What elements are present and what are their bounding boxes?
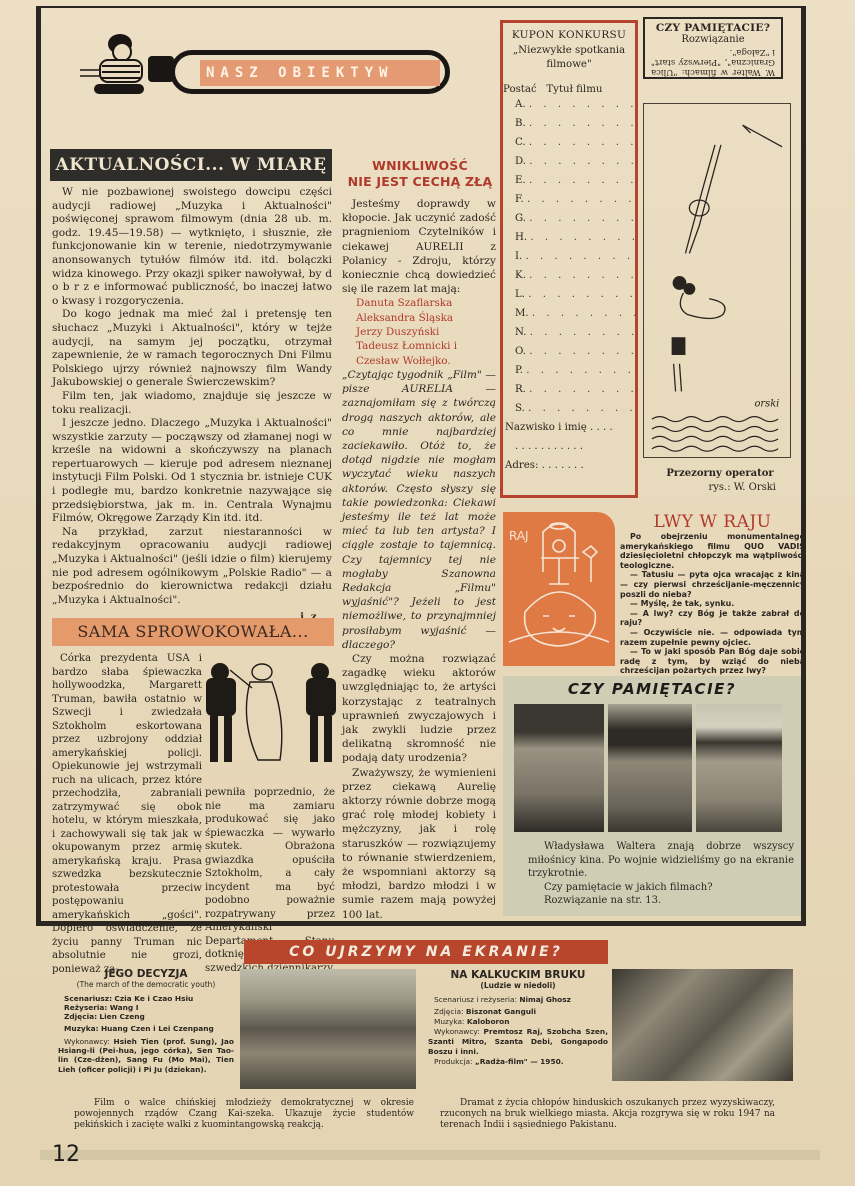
logo-text: NASZ OBIEKTYW — [200, 60, 440, 86]
coupon-subtitle: „Niezwykłe spotkania filmowe" — [503, 44, 635, 72]
coupon-name-dots[interactable]: . . . . . . . . . . . — [503, 437, 635, 456]
paradise-illustration: RAJ — [503, 512, 615, 666]
sama-title: SAMA SPROWOKOWAŁA... — [52, 618, 334, 646]
coupon-entry-row[interactable]: E. . . . . . . . . — [503, 171, 635, 190]
actor-name: Aleksandra Śląska — [356, 311, 496, 325]
diver-cartoon: orski — [643, 103, 791, 458]
wnikliwosc-article: Jesteśmy doprawdy w kłopocie. Jak uczyni… — [342, 197, 496, 922]
saint-peter-lion-icon: RAJ — [503, 512, 615, 666]
cartoon-credit: rys.: W. Orski — [640, 482, 800, 493]
article-paragraph: Jesteśmy doprawdy w kłopocie. Jak uczyni… — [342, 197, 496, 296]
coupon-entry-row[interactable]: G. . . . . . . . . — [503, 209, 635, 228]
coupon-entry-row[interactable]: R. . . . . . . . . — [503, 380, 635, 399]
film-title: NA KALKUCKIM BRUKU — [428, 970, 608, 980]
rozwiazanie-subtitle: Rozwiązanie — [645, 34, 781, 45]
coupon-title: KUPON KONKURSU — [503, 29, 635, 41]
coupon-entry-row[interactable]: M. . . . . . . . . — [503, 304, 635, 323]
film-entry-jego-decyzja: JEGO DECYZJA (The march of the democrati… — [58, 970, 234, 1074]
coupon-entry-row[interactable]: A. . . . . . . . . — [503, 95, 635, 114]
reader-letter: „Czytając tygodnik „Film" — pisze AURELI… — [342, 368, 496, 652]
actor-name: Tadeusz Łomnicki i — [356, 339, 496, 353]
rozwiazanie-title: CZY PAMIĘTACIE? — [645, 22, 781, 34]
coupon-entry-row[interactable]: L. . . . . . . . . — [503, 285, 635, 304]
film-credit: Scenariusz i reżyseria: Nimaj Ghosz — [428, 995, 608, 1005]
lwy-title: LWY W RAJU — [620, 512, 805, 532]
film-subtitle: (Ludzie w niedoli) — [428, 981, 608, 991]
film-credit: Scenariusz: Czia Ke i Czao Hsiu — [58, 994, 234, 1003]
sama-column-a: Córka prezydenta USA i bardzo słaba śpie… — [52, 652, 202, 976]
film-description: Dramat z życia chłopów hinduskich oszuka… — [440, 1098, 775, 1131]
rozwiazanie-box: CZY PAMIĘTACIE? Rozwiązanie W. Walter w … — [643, 17, 783, 79]
film-subtitle: (The march of the democratic youth) — [58, 980, 234, 989]
article-paragraph: Czy można rozwiązać zagadkę wieku aktoró… — [342, 652, 496, 766]
film-title: JEGO DECYZJA — [58, 970, 234, 979]
nasz-obiektyw-logo: NASZ OBIEKTYW — [70, 30, 450, 100]
article-paragraph: Na przykład, zarzut niestaranności w red… — [52, 526, 332, 608]
article-paragraph: W nie pozbawionej swoistego dowcipu częś… — [52, 186, 332, 308]
actor-list: Danuta Szaflarska Aleksandra Śląska Jerz… — [342, 296, 496, 367]
coupon-entry-row[interactable]: H. . . . . . . . . — [503, 228, 635, 247]
cameraman-icon — [80, 30, 150, 100]
upside-down-answer: W. Walter w filmach: "Ulica Graniczna", … — [645, 47, 781, 77]
coupon-header: Postać Tytuł filmu — [503, 84, 635, 95]
coupon-rows: A. . . . . . . . .B. . . . . . . . .C. .… — [503, 95, 635, 418]
aktualnosci-article: W nie pozbawionej swoistego dowcipu częś… — [52, 186, 332, 625]
film-still-na-kalkuckim-bruku — [612, 969, 793, 1081]
article-paragraph: Do kogo jednak ma mieć żal i pretensję t… — [52, 308, 332, 390]
film-credit: Reżyseria: Wang I — [58, 1003, 234, 1012]
coupon-entry-row[interactable]: N. . . . . . . . . — [503, 323, 635, 342]
cartoon-caption: Przezorny operator — [640, 468, 800, 479]
singer-police-cartoon — [200, 650, 340, 780]
coupon-entry-row[interactable]: O. . . . . . . . . — [503, 342, 635, 361]
aktualnosci-title: AKTUALNOŚCI... W MIARĘ — [50, 149, 332, 181]
coupon-entry-row[interactable]: F. . . . . . . . . — [503, 190, 635, 209]
actor-name: Czesław Wołłejko. — [356, 354, 496, 368]
coupon-entry-row[interactable]: K. . . . . . . . . — [503, 266, 635, 285]
film-credit: Wykonawcy: Premtosz Raj, Szobcha Szen, S… — [428, 1027, 608, 1057]
contest-coupon[interactable]: KUPON KONKURSU „Niezwykłe spotkania film… — [500, 20, 638, 498]
coupon-entry-row[interactable]: S. . . . . . . . . — [503, 399, 635, 418]
article-paragraph: Film ten, jak wiadomo, znajduje się jesz… — [52, 390, 332, 417]
print-smudge — [40, 1150, 820, 1160]
coupon-address-field[interactable]: Adres: . . . . . . . — [503, 456, 635, 475]
actor-name: Jerzy Duszyński — [356, 325, 496, 339]
actor-photo-2 — [608, 704, 692, 832]
film-credit: Produkcja: „Radża-film" — 1950. — [428, 1057, 608, 1067]
article-paragraph: Zważywszy, że wymienieni przez ciekawą A… — [342, 766, 496, 922]
coupon-entry-row[interactable]: C. . . . . . . . . — [503, 133, 635, 152]
film-entry-na-kalkuckim-bruku: NA KALKUCKIM BRUKU (Ludzie w niedoli) Sc… — [428, 970, 608, 1067]
film-description: Film o walce chińskiej młodzieży demokra… — [74, 1098, 414, 1131]
coupon-entry-row[interactable]: I. . . . . . . . . — [503, 247, 635, 266]
film-credit: Zdjęcia: Lien Czeng — [58, 1012, 234, 1021]
film-credit: Muzyka: Huang Czen i Lei Czenpang — [58, 1024, 234, 1033]
actor-photo-3 — [696, 704, 782, 832]
coupon-name-field[interactable]: Nazwisko i imię . . . . — [503, 418, 635, 437]
film-credit: Muzyka: Kaloboron — [428, 1017, 608, 1027]
page-number: 12 — [52, 1142, 80, 1167]
czy-pamietacie-title: CZY PAMIĘTACIE? — [503, 680, 801, 698]
article-paragraph: I jeszcze jedno. Dlaczego „Muzyka i Aktu… — [52, 417, 332, 526]
film-credit: Zdjęcia: Biszonat Ganguli — [428, 1007, 608, 1017]
magazine-page: NASZ OBIEKTYW AKTUALNOŚCI... W MIARĘ W n… — [0, 0, 855, 1186]
co-ujrzymy-title: CO UJRZYMY NA EKRANIE? — [244, 940, 608, 964]
coupon-entry-row[interactable]: B. . . . . . . . . — [503, 114, 635, 133]
svg-text:RAJ: RAJ — [509, 529, 529, 543]
czy-pamietacie-text: Władysława Waltera znają dobrze wszyscy … — [528, 840, 794, 908]
film-still-jego-decyzja — [240, 969, 416, 1089]
actor-name: Danuta Szaflarska — [356, 296, 496, 310]
coupon-entry-row[interactable]: P. . . . . . . . . — [503, 361, 635, 380]
actor-photo-1 — [514, 704, 604, 832]
film-credit: Wykonawcy: Hsieh Tien (prof. Sung), Jao … — [58, 1037, 234, 1074]
coupon-entry-row[interactable]: D. . . . . . . . . — [503, 152, 635, 171]
wnikliwosc-title: WNIKLIWOŚĆ NIE JEST CECHĄ ZŁĄ — [340, 158, 500, 190]
svg-text:orski: orski — [754, 398, 779, 409]
lwy-article: Po obejrzeniu monumentalnego amerykański… — [620, 532, 805, 676]
